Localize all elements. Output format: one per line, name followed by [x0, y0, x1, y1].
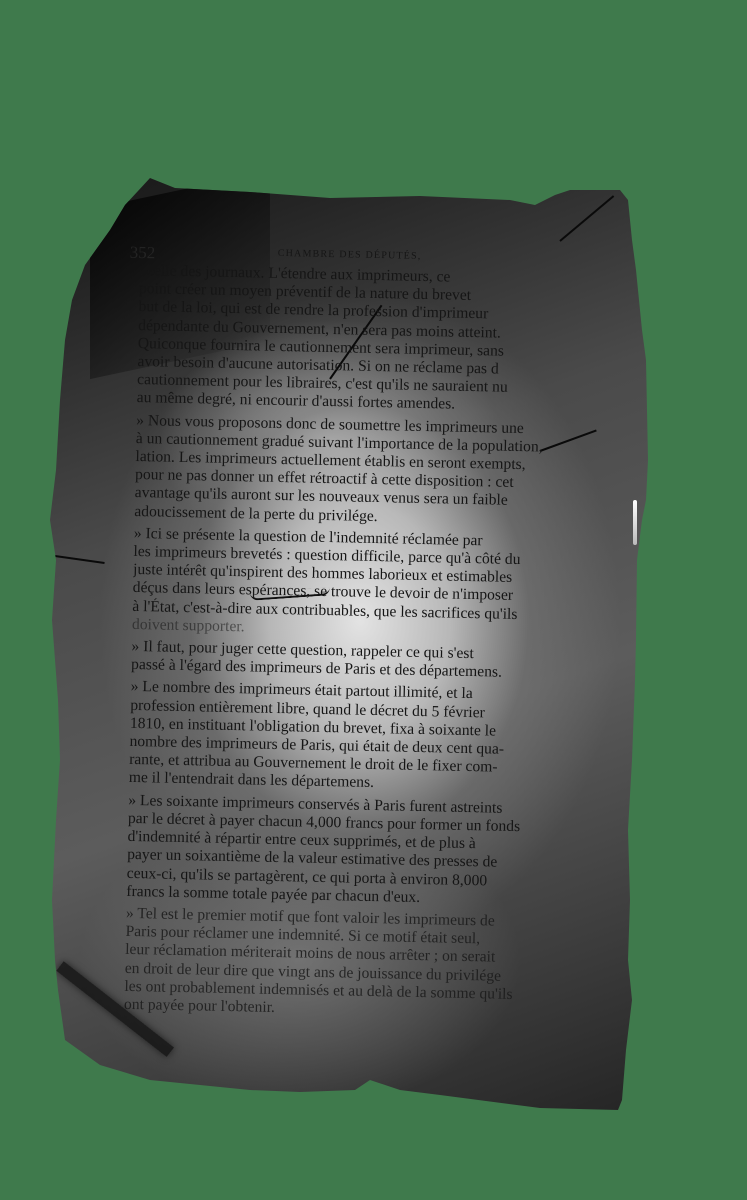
charred-paper-sheet: 352 CHAMBRE DES DÉPUTÉS, , celle des jou…: [0, 0, 747, 1200]
printed-text-block: 352 CHAMBRE DES DÉPUTÉS, , celle des jou…: [124, 242, 550, 1023]
photo-canvas: 352 CHAMBRE DES DÉPUTÉS, , celle des jou…: [0, 0, 747, 1200]
paragraph-4: » Il faut, pour juger cette question, ra…: [131, 638, 542, 683]
paragraph-1: , celle des journaux. L'étendre aux impr…: [137, 262, 550, 416]
paper-crack: [55, 555, 105, 564]
paragraph-6: » Les soixante imprimeurs conservés à Pa…: [126, 792, 538, 910]
edge-glint: [633, 500, 637, 545]
paragraph-5: » Le nombre des imprimeurs était partout…: [129, 678, 541, 796]
paragraph-2: » Nous vous proposons donc de soumettre …: [134, 412, 546, 530]
paragraph-3: » Ici se présente la question de l'indem…: [132, 525, 544, 643]
paper-crack: [559, 195, 614, 242]
paper-crack: [540, 430, 597, 452]
page-number: 352: [130, 244, 156, 263]
paragraph-7: » Tel est le premier motif que font valo…: [124, 905, 536, 1023]
running-head-title: CHAMBRE DES DÉPUTÉS,: [278, 245, 422, 266]
